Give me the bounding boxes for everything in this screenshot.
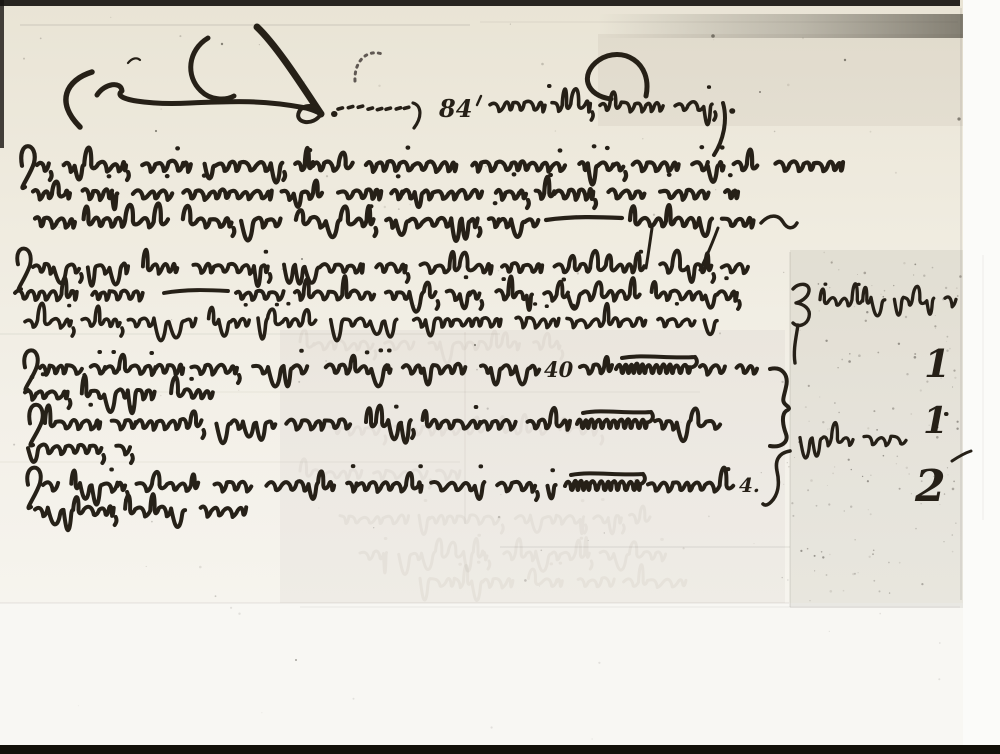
numeral-84: 84 bbox=[438, 94, 472, 123]
numeral-1: 1 bbox=[924, 341, 950, 386]
numeral-1: 1 bbox=[923, 400, 948, 442]
numeral-2: 2 bbox=[914, 461, 946, 512]
numeral-40: 40 bbox=[544, 357, 574, 382]
photo-frame: 84401124. Black-and-white photograph of … bbox=[0, 0, 1000, 754]
manuscript-photo: 84401124. bbox=[0, 0, 1000, 754]
numeral-4: 4. bbox=[739, 473, 760, 497]
